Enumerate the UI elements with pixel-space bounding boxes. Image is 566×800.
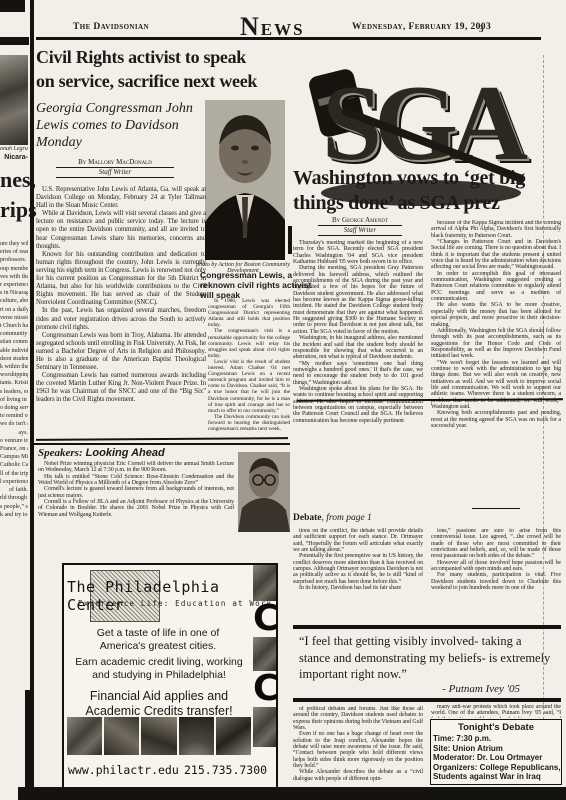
ad-pitch-1: Get a taste of life in one of America's …	[82, 627, 234, 653]
body-paragraph: Even if no one has a huge change of hear…	[293, 731, 423, 769]
lewis-byline-block: By Mallory MacDonald Staff Writer	[56, 158, 174, 178]
ad-side-strip: C C	[253, 565, 276, 765]
body-paragraph: because of the Kappa Sigma incident and …	[431, 220, 561, 239]
philadelphia-center-ad: The Philadelphia Center Experience Life:…	[62, 563, 278, 789]
body-paragraph: tions on the conflict, the debate will p…	[293, 528, 423, 553]
debate-column-1: tions on the conflict, the debate will p…	[293, 528, 423, 621]
edge-fragment-line: ves with the	[0, 273, 28, 281]
edge-fragment-line: ll of the trips is	[0, 470, 28, 478]
speakers-title-word: Speakers:	[38, 447, 83, 459]
debate-header-word: Debate	[293, 513, 322, 523]
edge-fragment-line: k and try to live	[0, 511, 28, 519]
edge-photo-credit: onah Legrum	[0, 146, 28, 152]
body-paragraph: Congressman Lewis has earned numerous aw…	[36, 372, 206, 404]
pull-quote-attribution: - Putnam Ivey '05	[360, 683, 520, 695]
body-paragraph: “We won't forget the lessons we learned …	[431, 360, 561, 411]
body-paragraph: many anti-war protests which took place …	[431, 704, 561, 718]
ad-website: www.philactr.edu	[68, 763, 179, 777]
edge-fragment-line: ays.	[0, 429, 28, 437]
body-paragraph: Potentially the first preemptive war in …	[293, 553, 423, 585]
edge-photo	[0, 55, 28, 145]
tonight-debate-box: Tonight's Debate Time: 7:30 p.m.Site: Un…	[430, 719, 562, 785]
debate-jump-header: Debate, from page 1	[293, 513, 372, 523]
body-paragraph: of political debates and forums. Just li…	[293, 706, 423, 731]
edge-fragment-line: stian commu-	[0, 338, 28, 346]
body-paragraph: “Changes in Patterson Court and in David…	[431, 239, 561, 271]
body-paragraph: “My mother says 'sometimes one bad thing…	[293, 361, 423, 386]
body-paragraph: Known for his outstanding contribution a…	[36, 251, 206, 308]
body-paragraph: Cornell is a Fellow of JILA and an Adjoi…	[38, 499, 234, 518]
edge-fragment-line: worshipping,	[0, 371, 28, 379]
ad-photo-strip	[67, 717, 251, 755]
lewis-photo	[205, 100, 285, 260]
philadelphia-center-c-logo: C	[253, 671, 276, 707]
body-paragraph: Knowing both accomplishments past and pe…	[431, 410, 561, 429]
edge-fragment-line: o doing service	[0, 404, 28, 412]
speakers-title-rest: Looking Ahead	[83, 447, 165, 459]
lewis-headline-line2: on service, sacrifice next week	[36, 70, 296, 93]
bridge-photo	[179, 717, 214, 755]
body-paragraph: Washington, in his inaugural address, al…	[293, 335, 423, 360]
pull-quote: “I feel that getting visibly involved- t…	[299, 633, 551, 683]
edge-fragment-line: t Church has	[0, 322, 28, 330]
city-photo	[104, 717, 139, 755]
city-photo	[141, 717, 176, 755]
edge-headline-fragment: rips	[0, 198, 28, 222]
body-paragraph: Additionally, Washington felt the SGA sh…	[431, 328, 561, 360]
edge-fragment-line: oup members	[0, 265, 28, 273]
adjacent-page-edge: onah Legrum Nicara- nes, rips ure they w…	[0, 0, 29, 800]
city-photo	[67, 717, 102, 755]
ad-side-photo	[253, 707, 276, 747]
student-photo	[216, 717, 251, 755]
body-paragraph: Thursday's meeting marked the beginning …	[293, 240, 423, 265]
tonight-debate-line: Organizers: College Republicans, Student…	[433, 763, 561, 782]
speakers-top-rule	[33, 443, 290, 445]
edge-fragment-line: s in Nicaragua	[0, 289, 28, 297]
paper-name: The Davidsonian	[73, 22, 149, 32]
ad-side-photo	[253, 565, 276, 601]
lewis-deck: Georgia Congressman John Lewis comes to …	[36, 100, 196, 151]
body-paragraph: In the past, Lewis has organized several…	[36, 307, 206, 331]
lewis-column-a: U.S. Representative John Lewis of Atlant…	[36, 186, 206, 438]
debate-column-2: ions,” passions are sure to arise from t…	[431, 528, 561, 621]
newspaper-page: onah Legrum Nicara- nes, rips ure they w…	[0, 0, 566, 800]
body-paragraph: Washington spoke about his plans for the…	[293, 386, 423, 424]
body-paragraph: Congressman Lewis was born in Troy, Alab…	[36, 332, 206, 372]
cornell-photo	[238, 452, 290, 532]
edge-fragment-line: we do isn't as	[0, 420, 28, 428]
edge-fragment-line: l experience of	[0, 478, 28, 486]
edge-fragment-line: ure they will	[0, 240, 28, 248]
edge-fragment-line: rt on a daily	[0, 306, 28, 314]
debate-header-rest: , from page 1	[322, 513, 372, 523]
edge-fragment-line: rld through the	[0, 494, 28, 502]
edge-fragment-line: Catholic Cam-	[0, 461, 28, 469]
scan-artifact	[0, 37, 29, 45]
edge-fragment-line: tants. Kristine	[0, 379, 28, 387]
body-paragraph: U.S. Representative John Lewis of Atlant…	[36, 186, 206, 210]
debate-column-3: of political debates and forums. Just li…	[293, 706, 423, 786]
edge-fragment-line: culture, about	[0, 297, 28, 305]
ad-pitch-3: Financial Aid applies and Academic Credi…	[74, 689, 244, 719]
ad-side-photo	[253, 637, 276, 671]
scan-artifact	[0, 0, 25, 12]
body-paragraph: Lewis' visit is the result of student in…	[208, 359, 290, 414]
edge-fragment-line: dson students	[0, 355, 28, 363]
body-paragraph: During the meeting, SGA president Gray P…	[293, 265, 423, 335]
body-paragraph: While Alexander describes the debate as …	[293, 769, 423, 782]
body-paragraph: Cornell's lecture is geared toward liste…	[38, 486, 234, 499]
body-paragraph: In order to accomplish this goal of incr…	[431, 271, 561, 303]
edge-fragment-line: of faith.	[0, 486, 28, 494]
sga-logo-letters: SGA	[322, 74, 520, 174]
tonight-debate-line: Site: Union Atrium	[433, 744, 561, 754]
article-end-rule	[472, 508, 520, 509]
sga-headline-line1: Washington vows to ‘get big	[293, 166, 561, 191]
ad-tagline: Experience Life: Education at Work	[78, 599, 274, 608]
edge-fragment-line: s people,” says	[0, 503, 28, 511]
edge-fragment-line: s leaders, em-	[0, 388, 28, 396]
debate-column-4: many anti-war protests which took place …	[431, 704, 561, 718]
body-paragraph: The congressman's visit is a remarkable …	[208, 328, 290, 358]
ad-phone: 215.735.7300	[184, 763, 267, 777]
tonight-debate-title: Tonight's Debate	[431, 722, 561, 733]
edge-fragment-line: k within the	[0, 363, 28, 371]
speakers-text: Nobel Prize winning physicist Eric Corne…	[38, 461, 234, 557]
lewis-byline: By Mallory MacDonald	[56, 158, 174, 168]
edge-kicker: Nicara-	[0, 154, 28, 161]
edge-fragment-line: r experiences	[0, 281, 28, 289]
body-paragraph: Nobel Prize winning physicist Eric Corne…	[38, 461, 234, 474]
body-paragraph: The Davidson community can look forward …	[208, 414, 290, 432]
pull-quote-top-rule	[293, 625, 561, 629]
lewis-byline-role: Staff Writer	[56, 168, 174, 178]
body-paragraph: ions,” passions are sure to arise from t…	[431, 528, 561, 560]
edge-fragment-line: to remind our-	[0, 412, 28, 420]
pull-quote-bottom-rule	[293, 698, 561, 702]
philadelphia-center-c-logo: C	[253, 601, 276, 637]
tonight-debate-line: Moderator: Dr. Lou Ortmayer	[433, 753, 561, 763]
lewis-headline-line1: Civil Rights activist to speak	[36, 46, 296, 69]
masthead-rule	[36, 37, 541, 40]
edge-fragment-line: o venture to as	[0, 437, 28, 445]
body-paragraph: However all of those involved hope passi…	[431, 560, 561, 573]
page-edge-rule-thick	[25, 690, 34, 800]
scan-artifact-bar	[288, 226, 292, 254]
sga-column-1: Thursday's meeting marked the beginning …	[293, 240, 423, 510]
edition-date: Wednesday, February 19, 2003	[352, 22, 491, 32]
edge-text-fragments: ure they willeries of read-professors. I…	[0, 240, 28, 540]
ad-pitch-2: Earn academic credit living, working and…	[70, 656, 248, 682]
speakers-title: Speakers: Looking Ahead	[38, 447, 165, 459]
sga-headline-line2: things done’ as SGA prez	[293, 191, 561, 216]
sga-byline: By George Amendt	[318, 216, 402, 226]
sga-byline-role: Staff Writer	[318, 226, 402, 236]
cornell-portrait-illustration	[238, 452, 290, 532]
lewis-portrait-illustration	[205, 100, 285, 260]
page-edge-rule	[30, 0, 34, 800]
body-paragraph: In 1986, Lewis was elected congressman o…	[208, 298, 290, 328]
body-paragraph: His talk is entitled “Stone Cold Science…	[38, 474, 234, 487]
edge-headline-fragment: nes,	[0, 168, 28, 192]
edge-fragment-line: community in	[0, 330, 28, 338]
body-paragraph: While at Davidson, Lewis will visit seve…	[36, 210, 206, 250]
body-paragraph: In its history, Davidson has had its fai…	[293, 585, 423, 591]
body-paragraph: He also wants the SGA to be more creativ…	[431, 302, 561, 327]
tonight-debate-details: Time: 7:30 p.m.Site: Union AtriumModerat…	[431, 734, 561, 782]
tonight-debate-line: Time: 7:30 p.m.	[433, 734, 561, 744]
bottom-rule-bar	[18, 787, 566, 800]
body-paragraph: For many students, participation is vita…	[431, 572, 561, 591]
edge-fragment-line: Campus Min-	[0, 453, 28, 461]
lewis-column-b: In 1986, Lewis was elected congressman o…	[208, 298, 290, 442]
edge-fragment-line: of living in the	[0, 396, 28, 404]
sga-byline-block: By George Amendt Staff Writer	[318, 216, 402, 236]
edge-fragment-line: verse mission	[0, 314, 28, 322]
ad-title: The Philadelphia Center	[67, 578, 273, 614]
edge-fragment-line: professors. In	[0, 256, 28, 264]
edge-fragment-line: eries of read-	[0, 248, 28, 256]
sga-column-2: because of the Kappa Sigma incident and …	[431, 220, 561, 506]
edge-fragment-line: France, on a	[0, 445, 28, 453]
page-number: 3	[479, 24, 484, 34]
edge-fragment-line: able individ-	[0, 347, 28, 355]
